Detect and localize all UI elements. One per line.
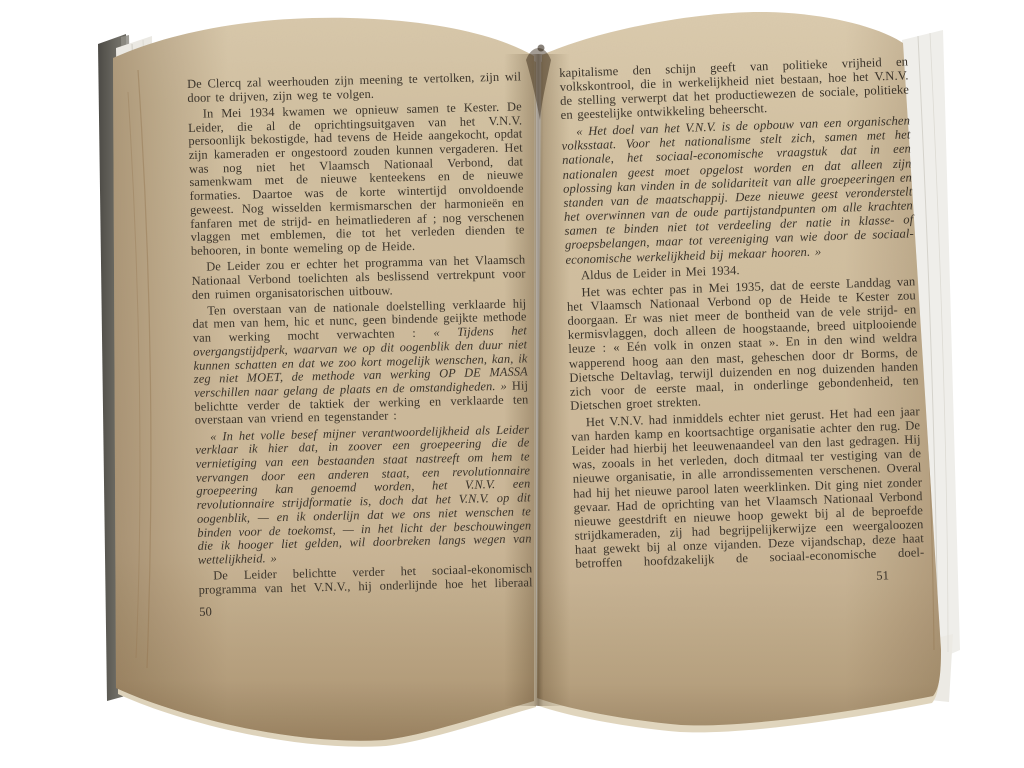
paragraph: « In het volle besef mijner verantwoorde…	[195, 423, 532, 568]
paragraph: Het V.N.V. had inmiddels echter niet ger…	[571, 404, 925, 571]
paragraph: In Mei 1934 kwamen we opnieuw samen te K…	[188, 100, 525, 258]
quoted-italic-text: « In het volle besef mijner verantwoorde…	[195, 422, 531, 567]
paragraph: Ten overstaan van de nationale doelstell…	[192, 297, 529, 428]
paragraph: « Het doel van het V.N.V. is de opbouw v…	[561, 114, 915, 267]
body-text: In Mei 1934 kwamen we opnieuw samen te K…	[188, 99, 525, 258]
right-page-text: kapitalisme den schijn geeft van politie…	[559, 54, 925, 593]
body-text: kapitalisme den schijn geeft van politie…	[559, 54, 909, 122]
body-text: Het was echter pas in Mei 1935, dat de e…	[567, 274, 919, 413]
body-text: Aldus de Leider in Mei 1934.	[581, 263, 740, 282]
paragraph: kapitalisme den schijn geeft van politie…	[559, 54, 910, 122]
paragraph: De Leider zou er echter het programma va…	[191, 254, 526, 303]
body-text: De Leider belichtte verder het sociaal-e…	[198, 561, 532, 596]
quoted-italic-text: « Het doel van het V.N.V. is de opbouw v…	[561, 114, 914, 267]
paragraph: De Leider belichtte verder het sociaal-e…	[198, 562, 533, 597]
left-page-text: De Clercq zal weerhouden zijn meening te…	[187, 70, 533, 619]
body-text: De Leider zou er echter het programma va…	[191, 253, 525, 302]
paragraph: Het was echter pas in Mei 1935, dat de e…	[566, 274, 919, 413]
body-text: Het V.N.V. had inmiddels echter niet ger…	[571, 404, 924, 571]
gutter-top-spot	[538, 45, 545, 52]
